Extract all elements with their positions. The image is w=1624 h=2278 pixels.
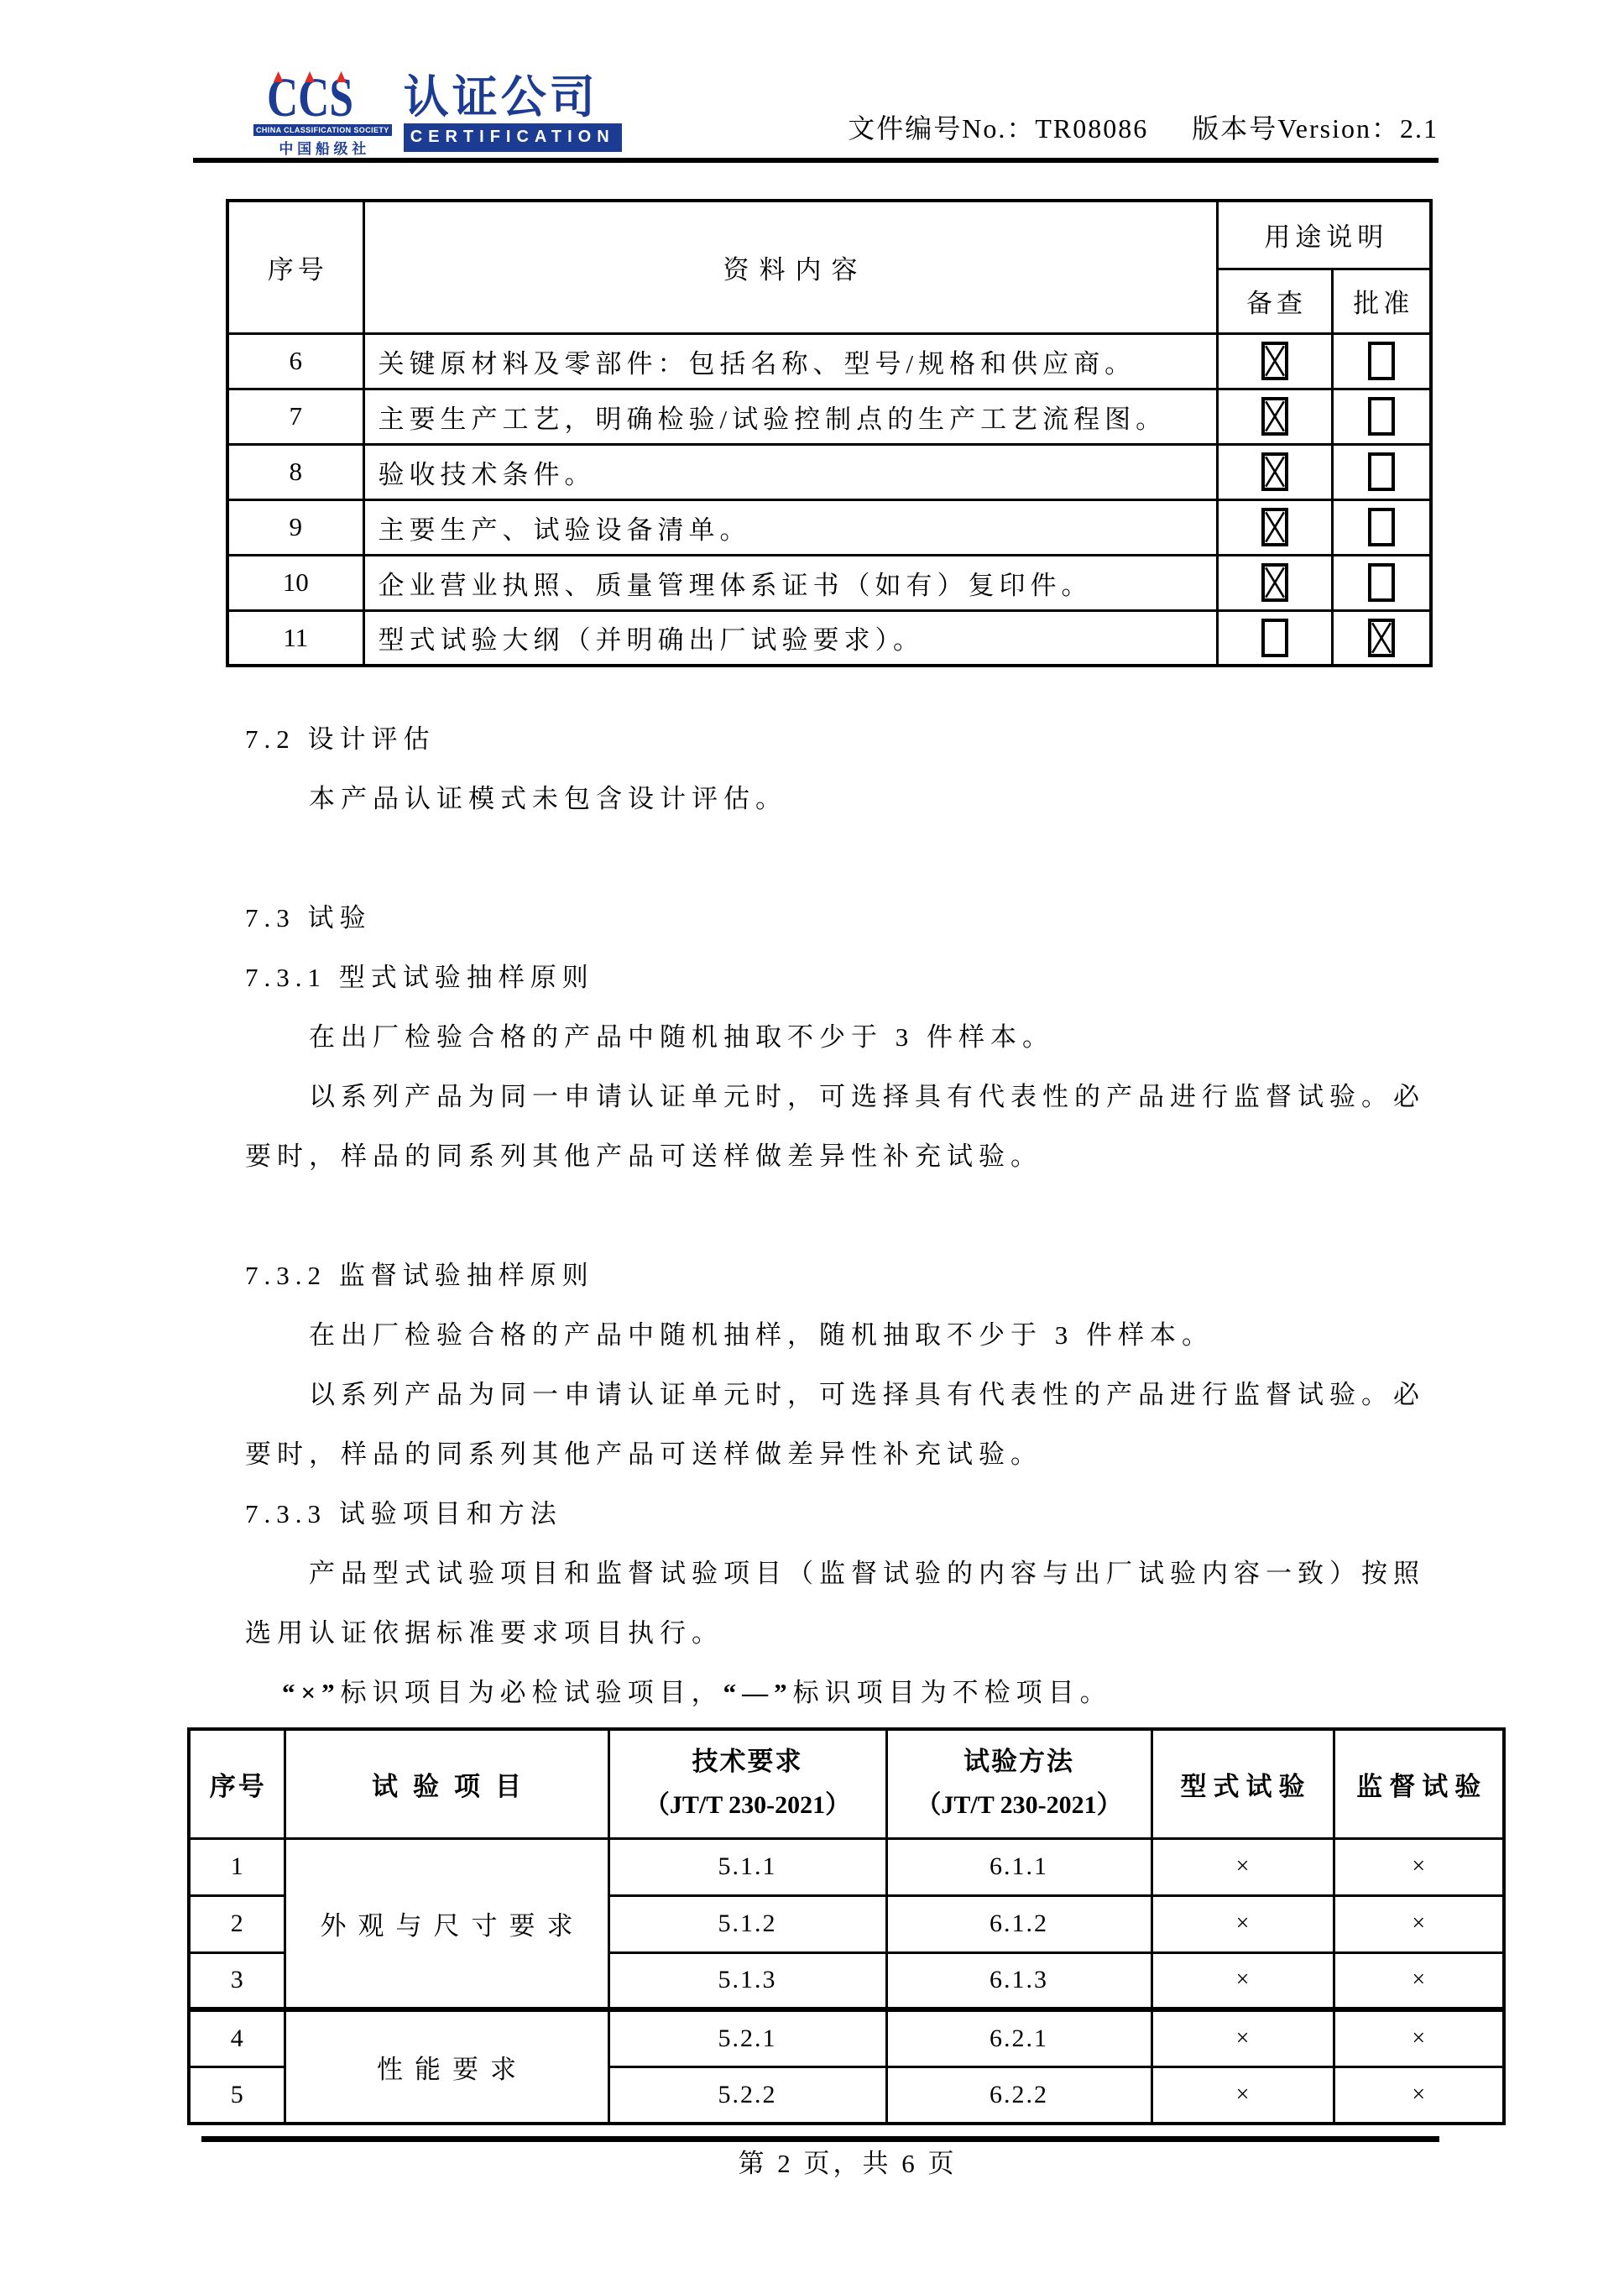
row-content: 型式试验大纲（并明确出厂试验要求）。 — [363, 610, 1217, 666]
ccs-logo-left: CCS CHINA CLASSIFICATION SOCIETY 中 国 船 级… — [253, 74, 392, 158]
document-number: 文件编号No.：TR08086 — [848, 107, 1148, 146]
checkbox-checked-icon — [1261, 563, 1288, 602]
ccs-logo: CCS CHINA CLASSIFICATION SOCIETY 中 国 船 级… — [253, 74, 622, 158]
checkbox-empty-icon — [1368, 563, 1395, 602]
usage-check-cell — [1217, 444, 1332, 499]
row-index: 9 — [227, 499, 363, 555]
col-header-usage: 用途说明 — [1217, 201, 1431, 269]
materials-table-row: 9主要生产、试验设备清单。 — [227, 499, 1431, 555]
section-7-3-1-paragraph-2: 以系列产品为同一申请认证单元时，可选择具有代表性的产品进行监督试验。必 要时，样… — [245, 1067, 1440, 1186]
materials-table-row: 7主要生产工艺，明确检验/试验控制点的生产工艺流程图。 — [227, 389, 1431, 444]
test-method-ref: 6.1.3 — [886, 1952, 1151, 2009]
section-7-3-2-title: 7.3.2 监督试验抽样原则 — [245, 1246, 1440, 1305]
supervision-test-mark: × — [1334, 1895, 1504, 1952]
checkbox-checked-icon — [1261, 508, 1288, 546]
document-body: 7.2 设计评估 本产品认证模式未包含设计评估。 7.3 试验 7.3.1 型式… — [245, 709, 1440, 1722]
test-method-ref: 6.1.2 — [886, 1895, 1151, 1952]
test-method-ref: 6.2.2 — [886, 2066, 1151, 2124]
mark-legend-line: “×”标识项目为必检试验项目，“—”标识项目为不检项目。 — [245, 1663, 1440, 1722]
materials-table-row: 11型式试验大纲（并明确出厂试验要求）。 — [227, 610, 1431, 666]
document-page: { "header": { "logo": { "ccs_text": "CCS… — [0, 0, 1624, 2278]
checkbox-checked-icon — [1261, 397, 1288, 436]
col-header-no: 序号 — [227, 201, 363, 333]
row-index: 11 — [227, 610, 363, 666]
checkbox-checked-icon — [1368, 619, 1395, 657]
col-header-approve: 批准 — [1332, 269, 1431, 333]
usage-empty-cell — [1217, 610, 1332, 666]
test-item-group: 外观与尺寸要求 — [285, 1838, 608, 2009]
row-index: 10 — [227, 555, 363, 610]
row-index: 5 — [189, 2066, 285, 2124]
page-number: 第 2 页，共 6 页 — [235, 2145, 1460, 2182]
col-header-tech-req: 技术要求 （JT/T 230-2021） — [608, 1729, 886, 1838]
col-header-check: 备查 — [1217, 269, 1332, 333]
type-test-mark: × — [1151, 1838, 1334, 1895]
materials-table-row: 10企业营业执照、质量管理体系证书（如有）复印件。 — [227, 555, 1431, 610]
usage-empty-cell — [1332, 444, 1431, 499]
row-index: 4 — [189, 2009, 285, 2066]
type-test-mark: × — [1151, 1895, 1334, 1952]
row-index: 6 — [227, 333, 363, 389]
col-header-supervision-test: 监督试验 — [1334, 1729, 1504, 1838]
usage-empty-cell — [1332, 555, 1431, 610]
row-index: 3 — [189, 1952, 285, 2009]
society-name-cn: 中 国 船 级 社 — [279, 137, 366, 158]
usage-check-cell — [1217, 389, 1332, 444]
tech-req-ref: 5.1.2 — [608, 1895, 886, 1952]
row-index: 1 — [189, 1838, 285, 1895]
supervision-test-mark: × — [1334, 1952, 1504, 2009]
tech-req-ref: 5.2.1 — [608, 2009, 886, 2066]
company-name-cn: 认证公司 — [404, 74, 622, 121]
section-7-3-title: 7.3 试验 — [245, 888, 1440, 948]
checkbox-empty-icon — [1368, 397, 1395, 436]
ccs-logo-right: 认证公司 CERTIFICATION — [404, 74, 622, 152]
row-content: 关键原材料及零部件：包括名称、型号/规格和供应商。 — [363, 333, 1217, 389]
checkbox-empty-icon — [1261, 619, 1288, 657]
test-items-table-body: 1外观与尺寸要求5.1.16.1.1××25.1.26.1.2××35.1.36… — [189, 1838, 1504, 2124]
document-version: 版本号Version：2.1 — [1192, 107, 1439, 146]
col-header-no: 序号 — [189, 1729, 285, 1838]
col-header-test-method: 试验方法 （JT/T 230-2021） — [886, 1729, 1151, 1838]
header-divider — [193, 158, 1439, 163]
section-7-3-2-paragraph-2: 以系列产品为同一申请认证单元时，可选择具有代表性的产品进行监督试验。必 要时，样… — [245, 1365, 1440, 1484]
supervision-test-mark: × — [1334, 1838, 1504, 1895]
col-header-type-test: 型式试验 — [1151, 1729, 1334, 1838]
mark-dash-symbol: “—” — [723, 1678, 793, 1707]
section-7-3-3-title: 7.3.3 试验项目和方法 — [245, 1484, 1440, 1544]
document-meta: 文件编号No.：TR08086 版本号Version：2.1 — [848, 107, 1439, 146]
supervision-test-mark: × — [1334, 2066, 1504, 2124]
materials-table-body: 6关键原材料及零部件：包括名称、型号/规格和供应商。7主要生产工艺，明确检验/试… — [227, 333, 1431, 666]
mark-x-text: 标识项目为必检试验项目， — [341, 1678, 723, 1707]
row-index: 2 — [189, 1895, 285, 1952]
section-7-3-1-paragraph-1: 在出厂检验合格的产品中随机抽取不少于 3 件样本。 — [245, 1007, 1440, 1067]
test-method-ref: 6.1.1 — [886, 1838, 1151, 1895]
tech-req-ref: 5.1.1 — [608, 1838, 886, 1895]
section-7-3-2-paragraph-1: 在出厂检验合格的产品中随机抽样，随机抽取不少于 3 件样本。 — [245, 1305, 1440, 1365]
usage-check-cell — [1217, 333, 1332, 389]
materials-table: 序号 资料内容 用途说明 备查 批准 6关键原材料及零部件：包括名称、型号/规格… — [226, 199, 1433, 667]
checkbox-empty-icon — [1368, 342, 1395, 380]
footer-divider — [201, 2136, 1439, 2142]
supervision-test-mark: × — [1334, 2009, 1504, 2066]
mark-dash-text: 标识项目为不检项目。 — [793, 1678, 1112, 1707]
tech-req-ref: 5.2.2 — [608, 2066, 886, 2124]
checkbox-checked-icon — [1261, 452, 1288, 491]
section-7-3-1-title: 7.3.1 型式试验抽样原则 — [245, 948, 1440, 1007]
page-header: CCS CHINA CLASSIFICATION SOCIETY 中 国 船 级… — [193, 74, 1439, 158]
col-header-content: 资料内容 — [363, 201, 1217, 333]
row-content: 主要生产工艺，明确检验/试验控制点的生产工艺流程图。 — [363, 389, 1217, 444]
type-test-mark: × — [1151, 2009, 1334, 2066]
section-7-3-3-paragraph-1: 产品型式试验项目和监督试验项目（监督试验的内容与出厂试验内容一致）按照 选用认证… — [245, 1544, 1440, 1663]
usage-empty-cell — [1332, 499, 1431, 555]
mark-x-symbol: “×” — [282, 1678, 341, 1707]
checkbox-empty-icon — [1368, 452, 1395, 491]
row-content: 主要生产、试验设备清单。 — [363, 499, 1217, 555]
usage-empty-cell — [1332, 389, 1431, 444]
test-items-table-row: 1外观与尺寸要求5.1.16.1.1×× — [189, 1838, 1504, 1895]
test-items-table: 序号 试验项目 技术要求 （JT/T 230-2021） 试验方法 （JT/T … — [187, 1727, 1506, 2125]
row-content: 验收技术条件。 — [363, 444, 1217, 499]
row-content: 企业营业执照、质量管理体系证书（如有）复印件。 — [363, 555, 1217, 610]
row-index: 7 — [227, 389, 363, 444]
section-7-2-paragraph: 本产品认证模式未包含设计评估。 — [245, 769, 1440, 828]
row-index: 8 — [227, 444, 363, 499]
type-test-mark: × — [1151, 1952, 1334, 2009]
usage-empty-cell — [1332, 333, 1431, 389]
test-item-group: 性能要求 — [285, 2009, 608, 2124]
tech-req-ref: 5.1.3 — [608, 1952, 886, 2009]
type-test-mark: × — [1151, 2066, 1334, 2124]
usage-check-cell — [1217, 555, 1332, 610]
checkbox-empty-icon — [1368, 508, 1395, 546]
checkbox-checked-icon — [1261, 342, 1288, 380]
section-7-2-title: 7.2 设计评估 — [245, 709, 1440, 769]
col-header-test-item: 试验项目 — [285, 1729, 608, 1838]
materials-table-row: 6关键原材料及零部件：包括名称、型号/规格和供应商。 — [227, 333, 1431, 389]
usage-check-cell — [1217, 499, 1332, 555]
certification-banner: CERTIFICATION — [404, 123, 622, 152]
ccs-logo-text: CCS — [267, 74, 353, 123]
test-method-ref: 6.2.1 — [886, 2009, 1151, 2066]
usage-check-cell — [1332, 610, 1431, 666]
materials-table-row: 8验收技术条件。 — [227, 444, 1431, 499]
test-items-table-row: 4性能要求5.2.16.2.1×× — [189, 2009, 1504, 2066]
